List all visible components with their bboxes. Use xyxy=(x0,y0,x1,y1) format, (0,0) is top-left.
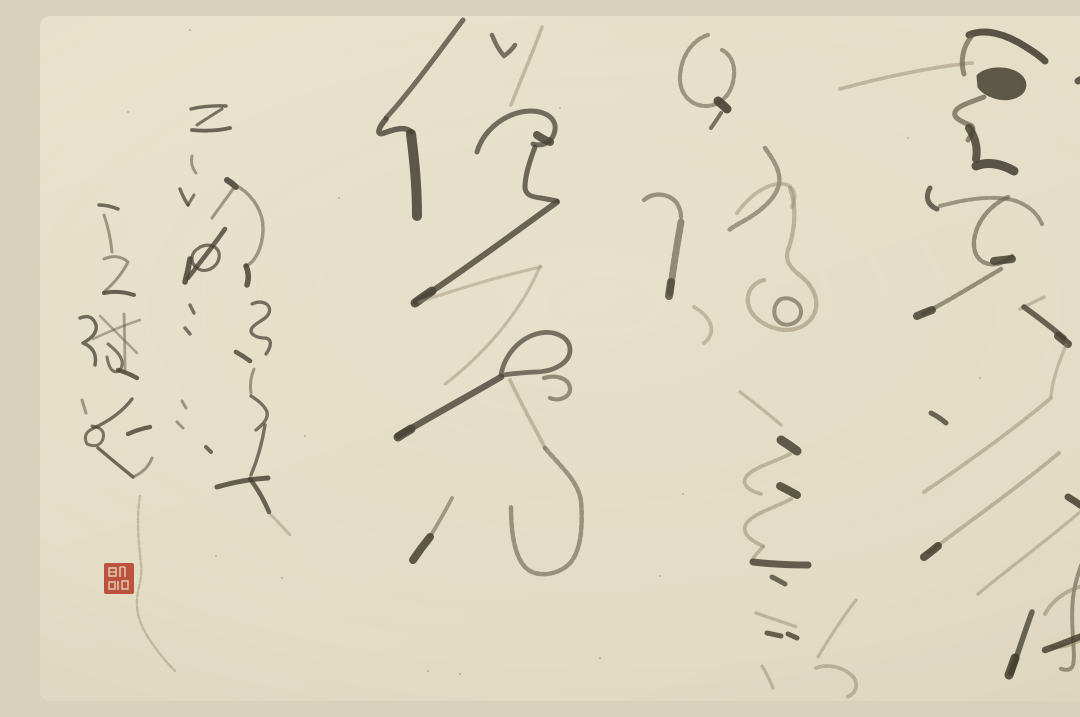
paper-background xyxy=(40,16,1080,701)
artist-seal xyxy=(104,563,134,594)
calligraphy-artwork xyxy=(40,16,1080,701)
calligraphy-svg xyxy=(40,16,1080,701)
